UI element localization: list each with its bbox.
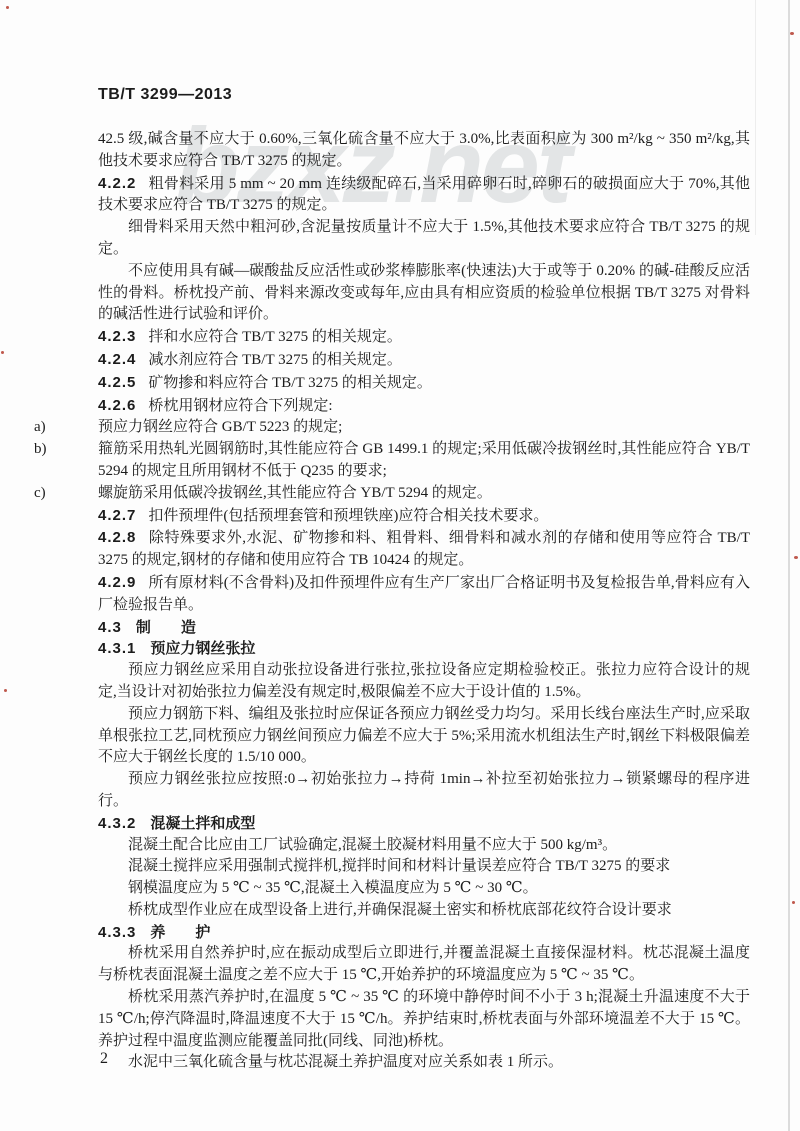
clause-heading: 4.3.2混凝土拌和成型 <box>98 813 750 835</box>
text-run: 混凝土配合比应由工厂试验确定,混凝土胶凝材料用量不应大于 500 kg/m³。 <box>128 837 617 853</box>
text-run: 减水剂应符合 TB/T 3275 的相关规定。 <box>148 352 401 368</box>
paragraph: 不应使用具有碱—碳酸盐反应活性或砂浆棒膨胀率(快速法)大于或等于 0.20% 的… <box>98 261 750 326</box>
clause-number: 4.2.4 <box>98 351 136 368</box>
clause-heading: 4.3.3养 护 <box>98 922 750 944</box>
clause-paragraph: 4.2.2粗骨料采用 5 mm ~ 20 mm 连续级配碎石,当采用碎卵石时,碎… <box>98 173 750 218</box>
clause-heading: 4.3.1预应力钢丝张拉 <box>98 638 750 660</box>
text-run: 除特殊要求外,水泥、矿物掺和料、粗骨料、细骨料和减水剂的存储和使用等应符合 TB… <box>98 530 750 568</box>
scan-crease-line <box>755 0 756 235</box>
text-run: 钢模温度应为 5 ℃ ~ 35 ℃,混凝土入模温度应为 5 ℃ ~ 30 ℃。 <box>128 880 538 896</box>
paragraph: 预应力钢筋下料、编组及张拉时应保证各预应力钢丝受力均匀。采用长线台座法生产时,应… <box>98 704 750 769</box>
text-run: 42.5 级,碱含量不应大于 0.60%,三氧化硫含量不应大于 3.0%,比表面… <box>98 131 750 169</box>
clause-number: 4.2.3 <box>98 328 136 345</box>
clause-paragraph: 4.2.7扣件预埋件(包括预埋套管和预埋铁座)应符合相关技术要求。 <box>98 505 750 528</box>
paragraph-continuation: 42.5 级,碱含量不应大于 0.60%,三氧化硫含量不应大于 3.0%,比表面… <box>98 129 750 173</box>
clause-heading: 4.3制 造 <box>98 617 750 639</box>
clause-number: 4.3 <box>98 619 122 636</box>
scan-edge-line <box>788 0 790 1131</box>
paragraph: 桥枕采用自然养护时,应在振动成型后立即进行,并覆盖混凝土直接保湿材料。枕芯混凝土… <box>98 943 750 987</box>
list-item: b)箍筋采用热轧光圆钢筋时,其性能应符合 GB 1499.1 的规定;采用低碳冷… <box>98 439 750 483</box>
scan-speck <box>1 351 4 354</box>
clause-paragraph: 4.2.4减水剂应符合 TB/T 3275 的相关规定。 <box>98 349 750 372</box>
clause-paragraph: 4.2.8除特殊要求外,水泥、矿物掺和料、粗骨料、细骨料和减水剂的存储和使用等应… <box>98 527 750 572</box>
clause-number: 4.3.3 <box>98 924 136 941</box>
clause-paragraph: 4.2.5矿物掺和料应符合 TB/T 3275 的相关规定。 <box>98 372 750 395</box>
text-run: 水泥中三氧化硫含量与枕芯混凝土养护温度对应关系如表 1 所示。 <box>128 1054 563 1070</box>
text-run: 桥枕成型作业应在成型设备上进行,并确保混凝土密实和桥枕底部花纹符合设计要求 <box>128 902 672 918</box>
clause-number: 4.2.2 <box>98 175 136 192</box>
paragraph: 预应力钢丝应采用自动张拉设备进行张拉,张拉设备应定期检验校正。张拉力应符合设计的… <box>98 660 750 704</box>
list-marker: c) <box>66 483 98 505</box>
document-body: 42.5 级,碱含量不应大于 0.60%,三氧化硫含量不应大于 3.0%,比表面… <box>98 129 750 1074</box>
clause-number: 4.3.2 <box>98 815 136 832</box>
paragraph: 细骨料采用天然中粗河砂,含泥量按质量计不应大于 1.5%,其他技术要求应符合 T… <box>98 217 750 261</box>
text-run: 制 造 <box>136 619 196 636</box>
paragraph: 预应力钢丝张拉应按照:0→初始张拉力→持荷 1min→补拉至初始张拉力→锁紧螺母… <box>98 769 750 813</box>
paragraph: 水泥中三氧化硫含量与枕芯混凝土养护温度对应关系如表 1 所示。 <box>98 1052 750 1074</box>
page-number: 2 <box>100 1050 108 1068</box>
standard-number-header: TB/T 3299—2013 <box>98 86 232 104</box>
text-run: 扣件预埋件(包括预埋套管和预埋铁座)应符合相关技术要求。 <box>148 508 548 524</box>
clause-paragraph: 4.2.3拌和水应符合 TB/T 3275 的相关规定。 <box>98 326 750 349</box>
text-run: 桥枕用钢材应符合下列规定: <box>148 398 332 414</box>
list-item: c)螺旋筋采用低碳冷拔钢丝,其性能应符合 YB/T 5294 的规定。 <box>98 483 750 505</box>
text-run: 预应力钢丝应采用自动张拉设备进行张拉,张拉设备应定期检验校正。张拉力应符合设计的… <box>98 662 750 700</box>
text-run: 矿物掺和料应符合 TB/T 3275 的相关规定。 <box>148 375 431 391</box>
text-run: 预应力钢丝应符合 GB/T 5223 的规定; <box>98 419 342 435</box>
clause-number: 4.2.8 <box>98 529 136 546</box>
clause-number: 4.2.5 <box>98 374 136 391</box>
text-run: 箍筋采用热轧光圆钢筋时,其性能应符合 GB 1499.1 的规定;采用低碳冷拔钢… <box>98 441 750 479</box>
clause-number: 4.3.1 <box>98 640 136 657</box>
text-run: 桥枕采用自然养护时,应在振动成型后立即进行,并覆盖混凝土直接保湿材料。枕芯混凝土… <box>98 945 750 983</box>
text-run: 拌和水应符合 TB/T 3275 的相关规定。 <box>148 329 401 345</box>
list-marker: b) <box>66 439 98 461</box>
scan-speck <box>6 6 9 9</box>
clause-number: 4.2.6 <box>98 397 136 414</box>
text-run: 混凝土搅拌应采用强制式搅拌机,搅拌时间和材料计量误差应符合 TB/T 3275 … <box>128 858 670 874</box>
text-run: 不应使用具有碱—碳酸盐反应活性或砂浆棒膨胀率(快速法)大于或等于 0.20% 的… <box>98 263 750 323</box>
list-item: a)预应力钢丝应符合 GB/T 5223 的规定; <box>98 417 750 439</box>
text-run: 桥枕采用蒸汽养护时,在温度 5 ℃ ~ 35 ℃ 的环境中静停时间不小于 3 h… <box>98 989 750 1049</box>
text-run: 养 护 <box>150 924 210 941</box>
text-run: 螺旋筋采用低碳冷拔钢丝,其性能应符合 YB/T 5294 的规定。 <box>98 485 492 501</box>
text-run: 细骨料采用天然中粗河砂,含泥量按质量计不应大于 1.5%,其他技术要求应符合 T… <box>98 219 750 257</box>
text-run: 所有原材料(不含骨料)及扣件预埋件应有生产厂家出厂合格证明书及复检报告单,骨料应… <box>98 575 750 613</box>
paragraph: 混凝土搅拌应采用强制式搅拌机,搅拌时间和材料计量误差应符合 TB/T 3275 … <box>98 856 750 878</box>
paragraph: 桥枕采用蒸汽养护时,在温度 5 ℃ ~ 35 ℃ 的环境中静停时间不小于 3 h… <box>98 987 750 1052</box>
scanned-document-page: bzxz.net TB/T 3299—2013 42.5 级,碱含量不应大于 0… <box>0 0 800 1131</box>
text-run: 混凝土拌和成型 <box>150 815 255 832</box>
paragraph: 桥枕成型作业应在成型设备上进行,并确保混凝土密实和桥枕底部花纹符合设计要求 <box>98 900 750 922</box>
text-run: 预应力钢丝张拉 <box>150 640 255 657</box>
paragraph: 钢模温度应为 5 ℃ ~ 35 ℃,混凝土入模温度应为 5 ℃ ~ 30 ℃。 <box>98 878 750 900</box>
scan-speck <box>790 32 794 35</box>
text-run: 粗骨料采用 5 mm ~ 20 mm 连续级配碎石,当采用碎卵石时,碎卵石的破损… <box>98 176 750 214</box>
scan-speck <box>4 689 7 692</box>
clause-paragraph: 4.2.6桥枕用钢材应符合下列规定: <box>98 395 750 418</box>
clause-number: 4.2.9 <box>98 574 136 591</box>
paragraph: 混凝土配合比应由工厂试验确定,混凝土胶凝材料用量不应大于 500 kg/m³。 <box>98 835 750 857</box>
scan-speck <box>792 901 795 904</box>
text-run: 预应力钢丝张拉应按照:0→初始张拉力→持荷 1min→补拉至初始张拉力→锁紧螺母… <box>98 771 750 809</box>
text-run: 预应力钢筋下料、编组及张拉时应保证各预应力钢丝受力均匀。采用长线台座法生产时,应… <box>98 706 750 766</box>
scan-speck <box>794 556 798 559</box>
list-marker: a) <box>66 417 98 439</box>
clause-paragraph: 4.2.9所有原材料(不含骨料)及扣件预埋件应有生产厂家出厂合格证明书及复检报告… <box>98 572 750 617</box>
clause-number: 4.2.7 <box>98 507 136 524</box>
